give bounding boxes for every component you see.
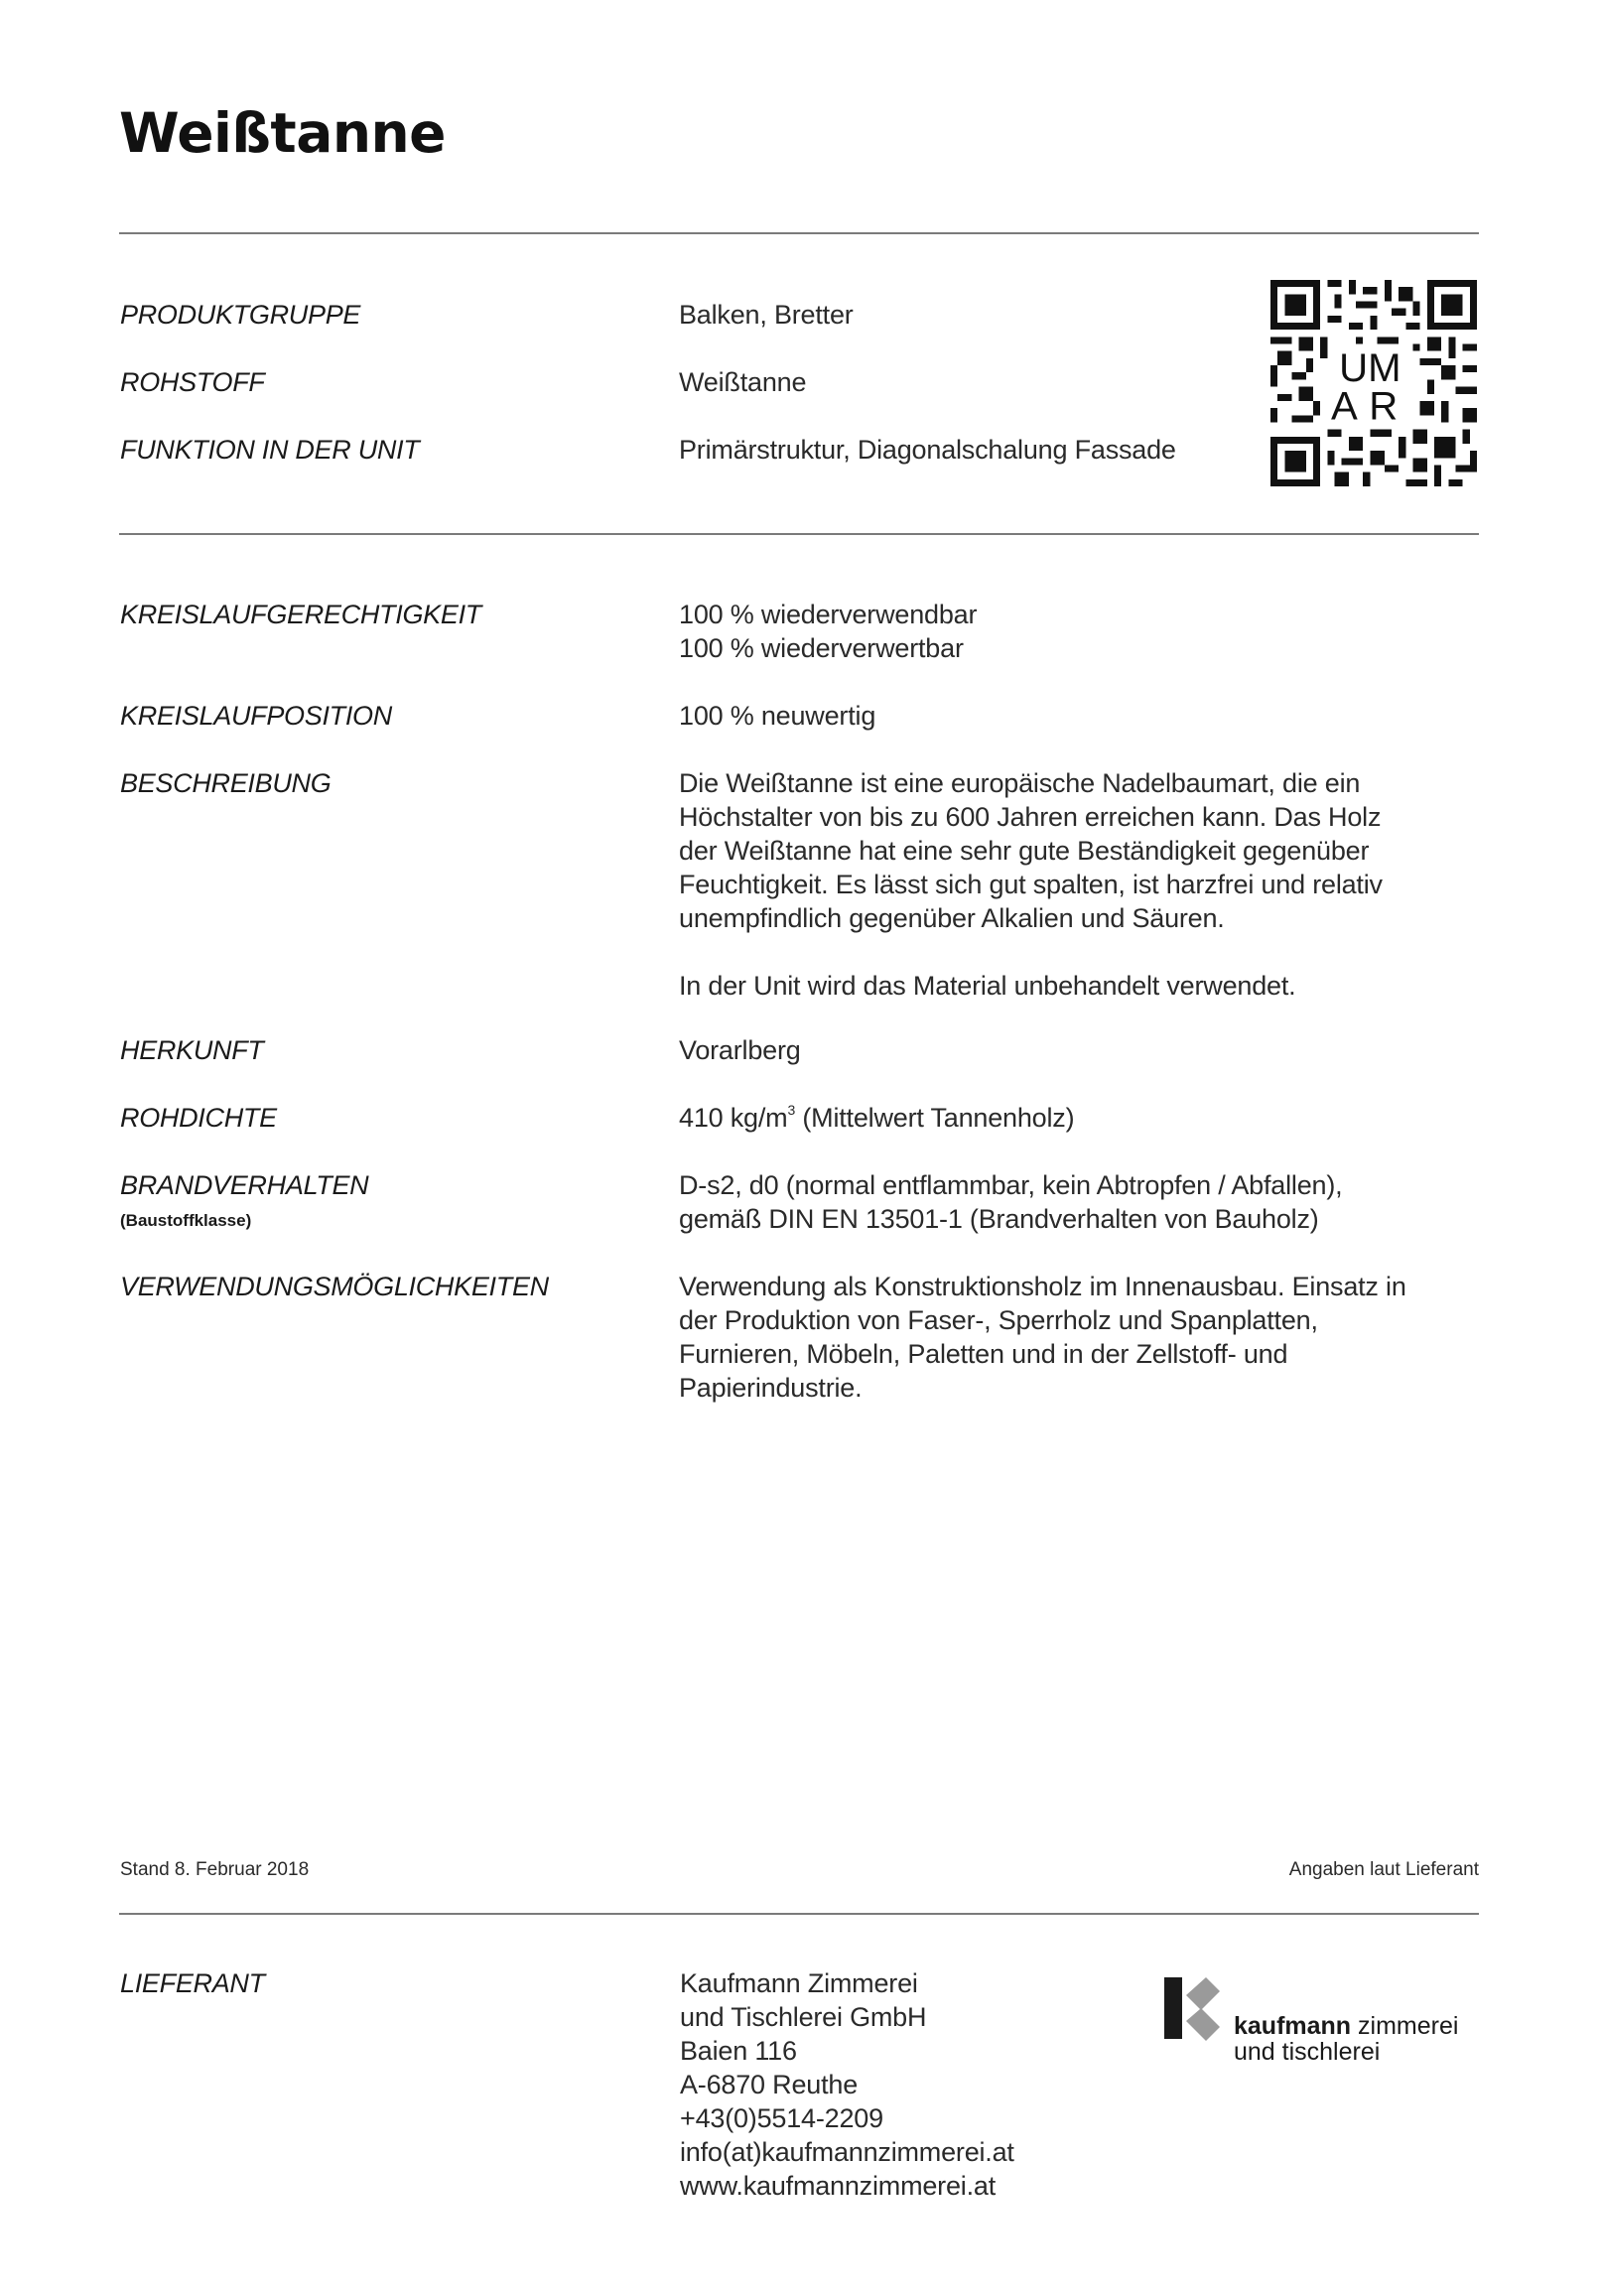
beschreibung-note: In der Unit wird das Material unbehandel… [679,969,1383,1003]
stand-date: Stand 8. Februar 2018 [120,1859,309,1881]
kaufmann-k-icon [1164,1975,1224,2041]
value-rohdichte: 410 kg/m3 (Mittelwert Tannenholz) [679,1101,1074,1135]
divider [119,232,1479,234]
value-verwendung: Verwendung als Konstruktionsholz im Inne… [679,1270,1406,1405]
divider [119,1913,1479,1915]
supplier-phone[interactable]: +43(0)5514-2209 [680,2101,1014,2135]
label-beschreibung: BESCHREIBUNG [120,766,331,800]
sublabel-baustoffklasse: (Baustoffklasse) [120,1211,251,1231]
source-note: Angaben laut Lieferant [1289,1859,1479,1881]
svg-text:AR: AR [1331,384,1409,429]
label-kreislaufgerechtigkeit: KREISLAUFGERECHTIGKEIT [120,598,481,631]
label-kreislaufposition: KREISLAUFPOSITION [120,699,392,733]
label-brandverhalten: BRANDVERHALTEN [120,1168,368,1202]
value-produktgruppe: Balken, Bretter [679,298,854,332]
kaufmann-logo: kaufmann zimmerei und tischlerei [1164,1975,1482,2070]
value-rohstoff: Weißtanne [679,365,806,399]
value-kreislaufgerechtigkeit: 100 % wiederverwendbar 100 % wiederverwe… [679,598,977,665]
value-beschreibung: Die Weißtanne ist eine europäische Nadel… [679,766,1383,1003]
label-lieferant: LIEFERANT [120,1966,265,2000]
label-rohstoff: ROHSTOFF [120,365,265,399]
divider [119,533,1479,535]
label-herkunft: HERKUNFT [120,1033,264,1067]
value-kreislaufposition: 100 % neuwertig [679,699,875,733]
value-brandverhalten: D-s2, d0 (normal entflammbar, kein Abtro… [679,1168,1342,1236]
logo-wordmark: kaufmann zimmerei und tischlerei [1234,2013,1458,2065]
label-produktgruppe: PRODUKTGRUPPE [120,298,360,332]
label-rohdichte: ROHDICHTE [120,1101,277,1135]
label-verwendung: VERWENDUNGSMÖGLICHKEITEN [120,1270,549,1303]
qr-code-icon[interactable]: UM AR [1270,280,1477,486]
value-funktion: Primärstruktur, Diagonalschalung Fassade [679,433,1176,467]
supplier-email[interactable]: info(at)kaufmannzimmerei.at [680,2135,1014,2169]
supplier-website[interactable]: www.kaufmannzimmerei.at [680,2169,1014,2203]
label-funktion: FUNKTION IN DER UNIT [120,433,420,467]
supplier-address: Kaufmann Zimmerei und Tischlerei GmbH Ba… [680,1966,1014,2203]
value-herkunft: Vorarlberg [679,1033,801,1067]
page-title: Weißtanne [119,103,446,164]
